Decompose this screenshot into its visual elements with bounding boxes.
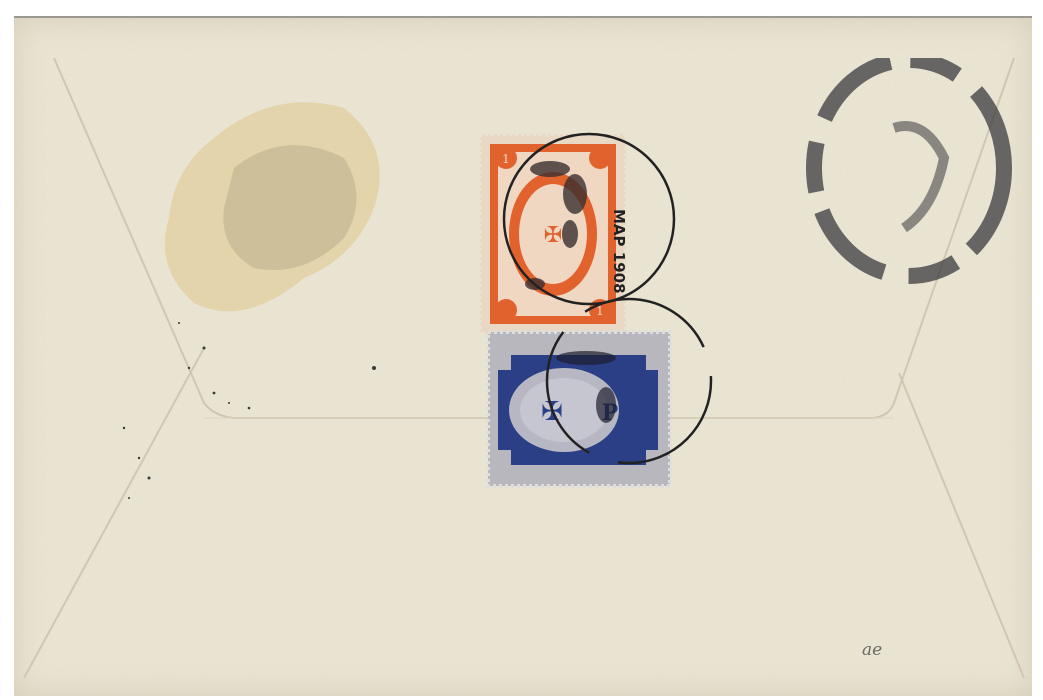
- postmark-date: МАР 1908: [610, 209, 628, 294]
- pencil-annotation: ae: [862, 640, 882, 660]
- postmark-lower: [534, 286, 724, 476]
- water-stain: [154, 88, 389, 328]
- envelope-back: ✠ 1 1 ✠ Р МАР 1908 ae: [14, 16, 1032, 696]
- postmark-arrival-smudged: [804, 58, 1014, 298]
